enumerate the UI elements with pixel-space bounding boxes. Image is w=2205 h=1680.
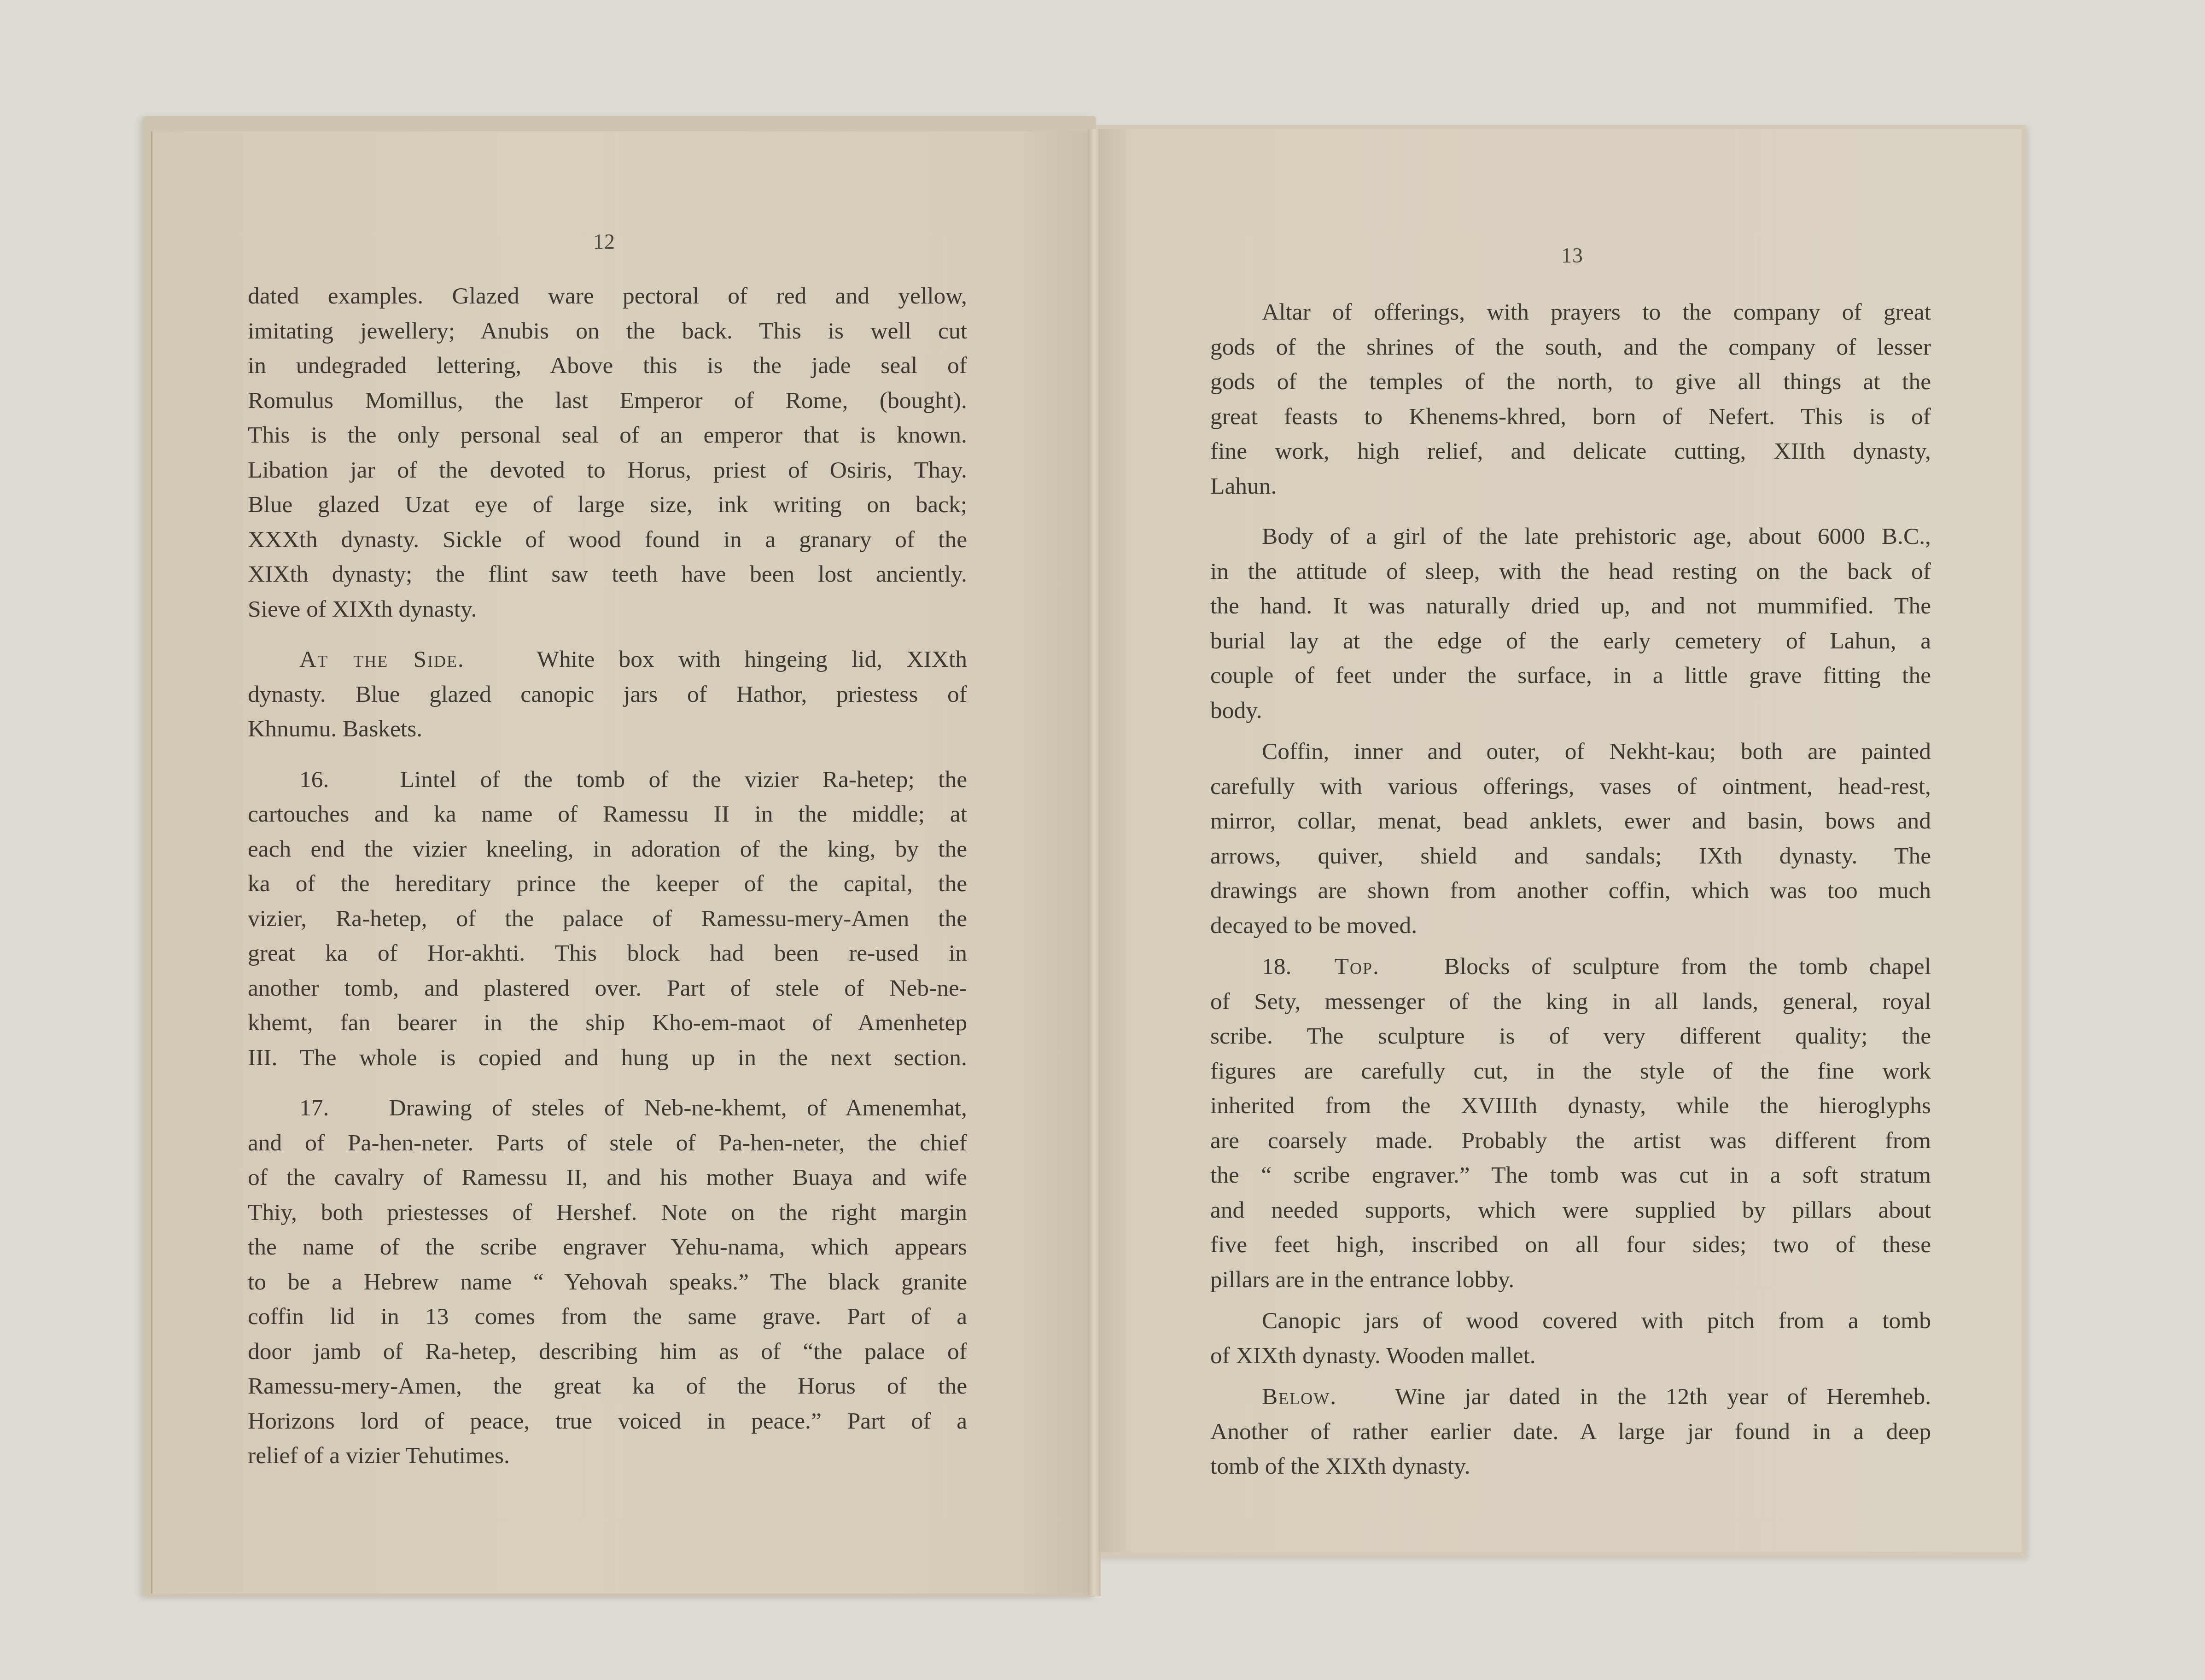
text-line: 18. Top. Blocks of sculpture from the to… (1210, 949, 1931, 984)
text-line: to be a Hebrew name “ Yehovah speaks.” T… (248, 1265, 967, 1300)
text-line: and of Pa-hen-neter. Parts of stele of P… (248, 1126, 967, 1161)
text-line: great ka of Hor-akhti. This block had be… (248, 936, 967, 971)
section-heading: At the Side. (299, 646, 465, 672)
text-line: Below. Wine jar dated in the 12th year o… (1210, 1379, 1931, 1414)
text-span: Drawing of steles of Neb-ne-khemt, of Am… (389, 1095, 967, 1121)
text-span: Blocks of sculpture from the tomb chapel (1444, 953, 1931, 980)
text-line: XXXth dynasty. Sickle of wood found in a… (248, 522, 967, 557)
left-paragraph-17: 17. Drawing of steles of Neb-ne-khemt, o… (248, 1091, 967, 1473)
text-line: great feasts to Khenems-khred, born of N… (1210, 399, 1931, 434)
text-line: imitating jewellery; Anubis on the back.… (248, 314, 967, 349)
right-paragraph-coffin: Coffin, inner and outer, of Nekht-kau; b… (1210, 734, 1931, 943)
left-paragraph-1: dated examples. Glazed ware pectoral of … (248, 279, 967, 626)
text-line: At the Side. White box with hingeing lid… (248, 642, 967, 677)
text-line: the “ scribe engraver.” The tomb was cut… (1210, 1158, 1931, 1193)
text-line: another tomb, and plastered over. Part o… (248, 971, 967, 1006)
text-line: cartouches and ka name of Ramessu II in … (248, 797, 967, 832)
text-line: mirror, collar, menat, bead anklets, ewe… (1210, 804, 1931, 839)
text-line: five feet high, inscribed on all four si… (1210, 1227, 1931, 1262)
text-line: each end the vizier kneeling, in adorati… (248, 832, 967, 867)
text-line: gods of the temples of the north, to giv… (1210, 364, 1931, 399)
text-line: Sieve of XIXth dynasty. (248, 592, 967, 627)
right-paragraph-canopic: Canopic jars of wood covered with pitch … (1210, 1303, 1931, 1373)
section-heading: Top. (1335, 953, 1380, 980)
text-line: scribe. The sculpture is of very differe… (1210, 1019, 1931, 1054)
text-line: khemt, fan bearer in the ship Kho-em-mao… (248, 1005, 967, 1040)
text-line: Horizons lord of peace, true voiced in p… (248, 1404, 967, 1439)
text-line: door jamb of Ra-hetep, describing him as… (248, 1334, 967, 1369)
text-span: Wine jar dated in the 12th year of Herem… (1395, 1383, 1931, 1410)
text-line: figures are carefully cut, in the style … (1210, 1054, 1931, 1089)
text-span: Lintel of the tomb of the vizier Ra-hete… (400, 766, 967, 793)
text-line: burial lay at the edge of the early ceme… (1210, 624, 1931, 659)
left-page-body: dated examples. Glazed ware pectoral of … (248, 279, 967, 1473)
text-line: This is the only personal seal of an emp… (248, 418, 967, 453)
text-line: Canopic jars of wood covered with pitch … (1210, 1303, 1931, 1338)
text-line: relief of a vizier Tehutimes. (248, 1438, 967, 1473)
text-line: of the cavalry of Ramessu II, and his mo… (248, 1160, 967, 1195)
text-line: the name of the scribe engraver Yehu-nam… (248, 1230, 967, 1265)
text-line: Romulus Momillus, the last Emperor of Ro… (248, 383, 967, 418)
text-line: Altar of offerings, with prayers to the … (1210, 295, 1931, 330)
text-line: Another of rather earlier date. A large … (1210, 1414, 1931, 1449)
text-line: and needed supports, which were supplied… (1210, 1193, 1931, 1228)
text-line: carefully with various offerings, vases … (1210, 769, 1931, 804)
text-line: in the attitude of sleep, with the head … (1210, 554, 1931, 589)
text-line: Coffin, inner and outer, of Nekht-kau; b… (1210, 734, 1931, 769)
text-line: 17. Drawing of steles of Neb-ne-khemt, o… (248, 1091, 967, 1126)
text-line: fine work, high relief, and delicate cut… (1210, 434, 1931, 469)
item-number: 16. (299, 766, 329, 793)
right-paragraph-below: Below. Wine jar dated in the 12th year o… (1210, 1379, 1931, 1484)
text-line: dated examples. Glazed ware pectoral of … (248, 279, 967, 314)
text-line: XIXth dynasty; the flint saw teeth have … (248, 557, 967, 592)
right-paragraph-altar: Altar of offerings, with prayers to the … (1210, 295, 1931, 503)
text-line: 16. Lintel of the tomb of the vizier Ra-… (248, 762, 967, 797)
text-line: coffin lid in 13 comes from the same gra… (248, 1299, 967, 1334)
text-line: couple of feet under the surface, in a l… (1210, 658, 1931, 693)
text-line: Thiy, both priestesses of Hershef. Note … (248, 1195, 967, 1230)
text-line: Body of a girl of the late prehistoric a… (1210, 519, 1931, 554)
item-number: 18. (1262, 953, 1291, 980)
text-line: decayed to be moved. (1210, 908, 1931, 943)
text-line: vizier, Ra-hetep, of the palace of Rames… (248, 901, 967, 936)
text-line: Blue glazed Uzat eye of large size, ink … (248, 487, 967, 522)
left-page-number: 12 (593, 229, 615, 254)
text-line: of XIXth dynasty. Wooden mallet. (1210, 1338, 1931, 1373)
text-line: arrows, quiver, shield and sandals; IXth… (1210, 839, 1931, 874)
text-span: White box with hingeing lid, XIXth (537, 646, 967, 672)
text-line: body. (1210, 693, 1931, 728)
text-line: gods of the shrines of the south, and th… (1210, 330, 1931, 365)
text-line: inherited from the XVIIIth dynasty, whil… (1210, 1088, 1931, 1123)
right-page-body: Altar of offerings, with prayers to the … (1210, 295, 1931, 1484)
text-line: Libation jar of the devoted to Horus, pr… (248, 453, 967, 488)
item-number: 17. (299, 1095, 329, 1121)
text-line: Khnumu. Baskets. (248, 712, 967, 747)
text-line: of Sety, messenger of the king in all la… (1210, 984, 1931, 1019)
left-paragraph-16: 16. Lintel of the tomb of the vizier Ra-… (248, 762, 967, 1075)
right-paragraph-18: 18. Top. Blocks of sculpture from the to… (1210, 949, 1931, 1297)
text-line: III. The whole is copied and hung up in … (248, 1040, 967, 1075)
text-line: Lahun. (1210, 469, 1931, 504)
text-line: dynasty. Blue glazed canopic jars of Hat… (248, 677, 967, 712)
right-paragraph-body-of-girl: Body of a girl of the late prehistoric a… (1210, 519, 1931, 728)
text-line: the hand. It was naturally dried up, and… (1210, 589, 1931, 624)
text-line: in undegraded lettering, Above this is t… (248, 348, 967, 383)
text-line: pillars are in the entrance lobby. (1210, 1262, 1931, 1297)
text-line: are coarsely made. Probably the artist w… (1210, 1123, 1931, 1158)
text-line: drawings are shown from another coffin, … (1210, 873, 1931, 908)
left-paragraph-at-the-side: At the Side. White box with hingeing lid… (248, 642, 967, 747)
text-line: ka of the hereditary prince the keeper o… (248, 866, 967, 901)
right-page-number: 13 (1561, 243, 1583, 268)
text-line: tomb of the XIXth dynasty. (1210, 1449, 1931, 1484)
section-heading: Below. (1262, 1383, 1337, 1410)
text-line: Ramessu-mery-Amen, the great ka of the H… (248, 1369, 967, 1404)
